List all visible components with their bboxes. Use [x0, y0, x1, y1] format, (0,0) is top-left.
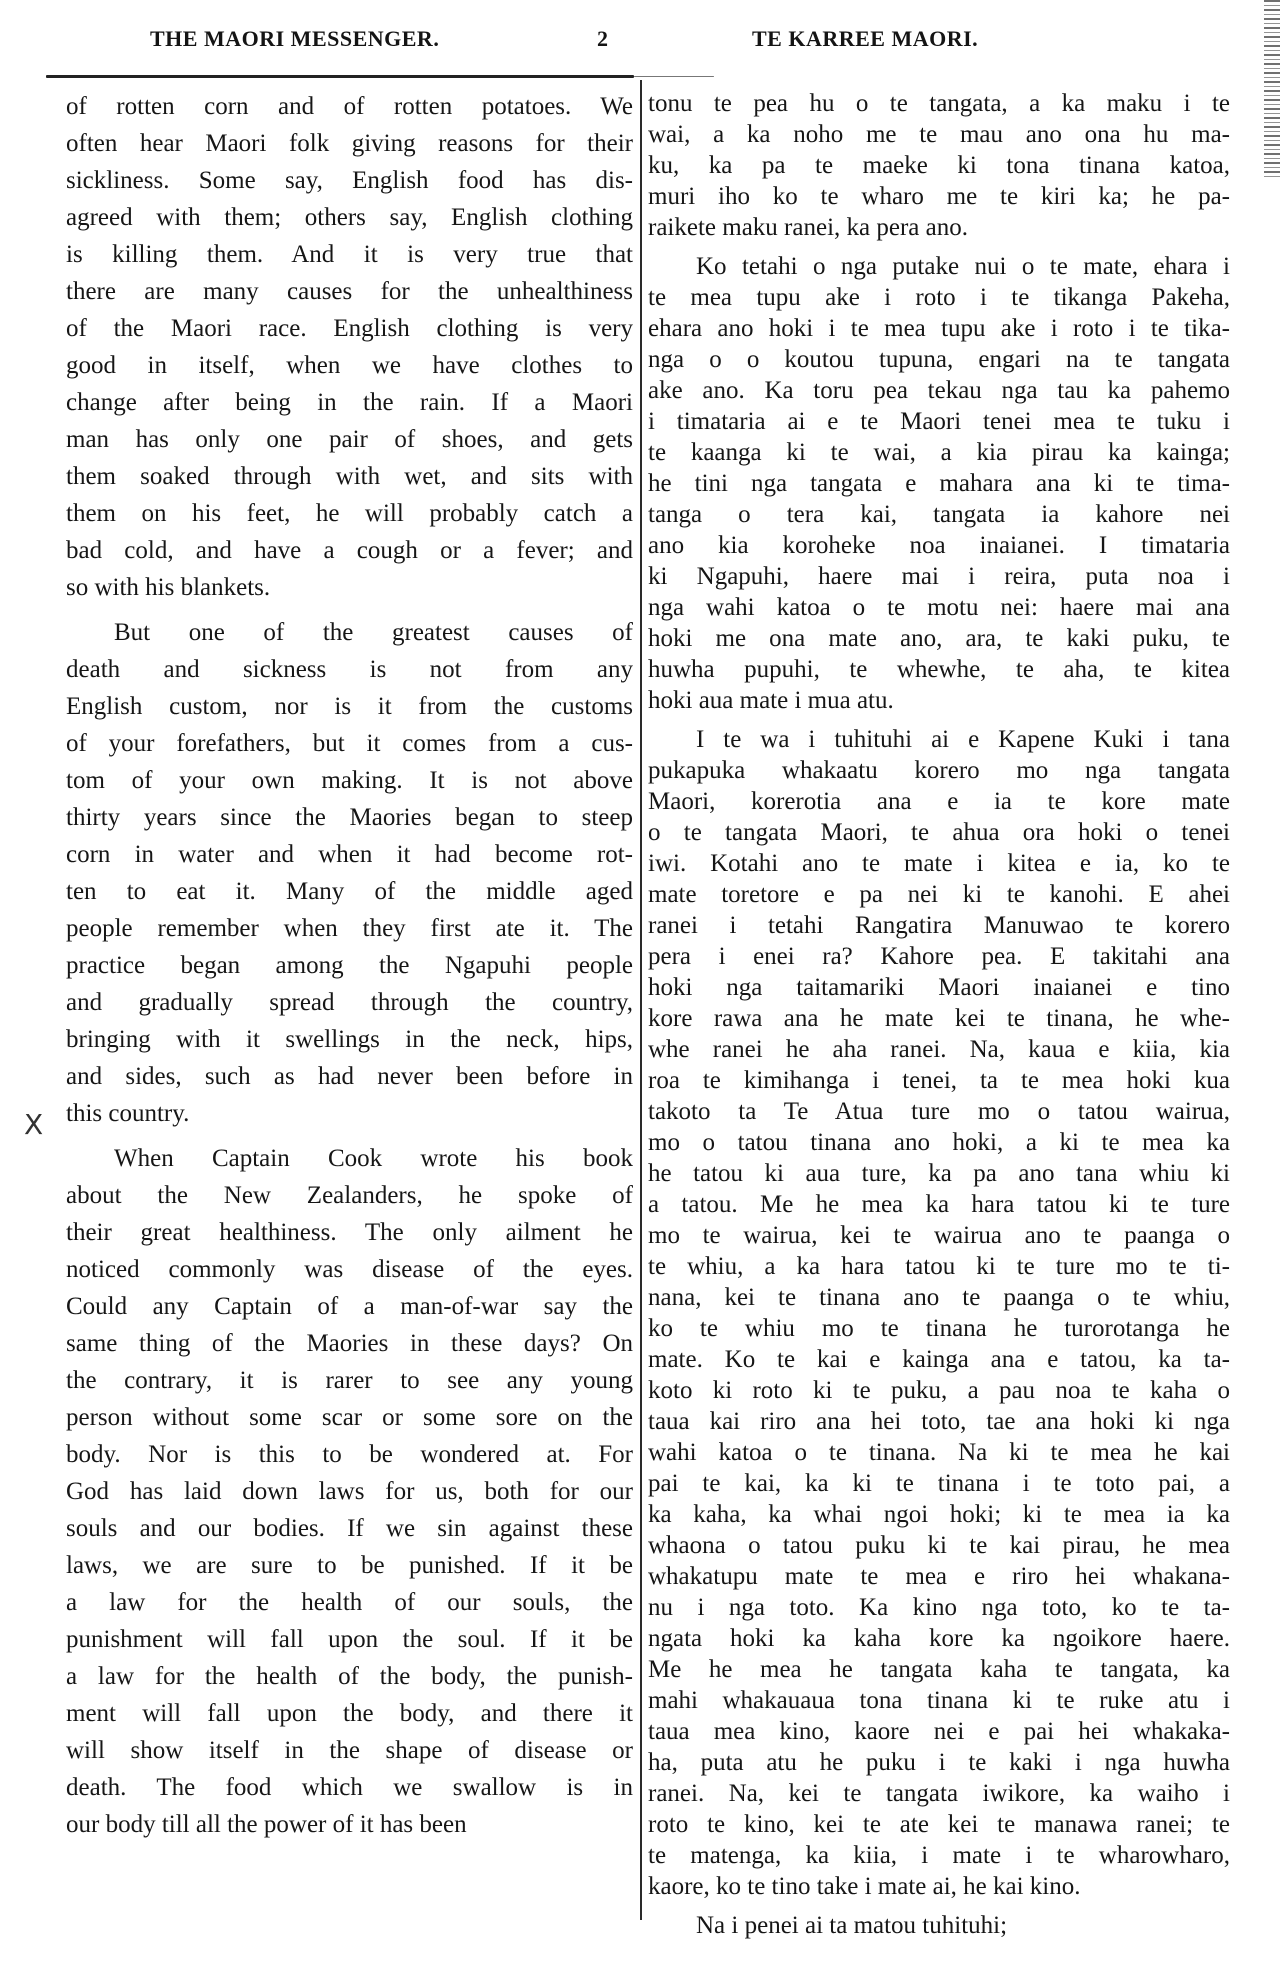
text-line: the contrary, it is rarer to see any you… — [66, 1362, 633, 1399]
text-line: he tatou ki aua ture, ka pa ano tana whi… — [648, 1158, 1230, 1189]
text-line: te mea tupu ake i roto i te tikanga Pake… — [648, 282, 1230, 313]
maori-column: tonu te pea hu o te tangata, a ka maku i… — [648, 88, 1230, 1941]
text-line: I te wa i tuhituhi ai e Kapene Kuki i ta… — [648, 724, 1230, 755]
text-line: and sides, such as had never been before… — [66, 1058, 633, 1095]
text-line: roto te kino, kei te ate kei te manawa r… — [648, 1809, 1230, 1840]
text-line: hoki me ona mate ano, ara, te kaki puku,… — [648, 623, 1230, 654]
text-line: same thing of the Maories in these days?… — [66, 1325, 633, 1362]
text-line: man has only one pair of shoes, and gets — [66, 421, 633, 458]
text-line: takoto ta Te Atua ture mo o tatou wairua… — [648, 1096, 1230, 1127]
text-line: ngata hoki ka kaha kore ka ngoikore haer… — [648, 1623, 1230, 1654]
text-line: bad cold, and have a cough or a fever; a… — [66, 532, 633, 569]
text-line: them soaked through with wet, and sits w… — [66, 458, 633, 495]
text-line: agreed with them; others say, English cl… — [66, 199, 633, 236]
text-line: When Captain Cook wrote his book — [66, 1140, 633, 1177]
text-line: kore rawa ana he mate kei te tinana, he … — [648, 1003, 1230, 1034]
text-line: Na i penei ai ta matou tuhituhi; — [648, 1910, 1230, 1941]
text-line: te whiu, a ka hara tatou ki te ture mo t… — [648, 1251, 1230, 1282]
text-line: nga wahi katoa o te motu nei: haere mai … — [648, 592, 1230, 623]
text-line: sickliness. Some say, English food has d… — [66, 162, 633, 199]
text-line: corn in water and when it had become rot… — [66, 836, 633, 873]
text-line: thirty years since the Maories began to … — [66, 799, 633, 836]
text-line: nu i nga toto. Ka kino nga toto, ko te t… — [648, 1592, 1230, 1623]
text-line: Could any Captain of a man-of-war say th… — [66, 1288, 633, 1325]
text-line: their great healthiness. The only ailmen… — [66, 1214, 633, 1251]
text-line: will show itself in the shape of disease… — [66, 1732, 633, 1769]
masthead: THE MAORI MESSENGER. 2 TE KARREE MAORI. — [0, 18, 1280, 58]
column-divider — [640, 80, 642, 1920]
text-line: mo o tatou tinana ano hoki, a ki te mea … — [648, 1127, 1230, 1158]
text-line: our body till all the power of it has be… — [66, 1806, 633, 1843]
text-line: Ko tetahi o nga putake nui o te mate, eh… — [648, 251, 1230, 282]
text-line: ano kia koroheke noa inaianei. I timatar… — [648, 530, 1230, 561]
text-line: them on his feet, he will probably catch… — [66, 495, 633, 532]
text-line: body. Nor is this to be wondered at. For — [66, 1436, 633, 1473]
text-line: i timataria ai e te Maori tenei mea te t… — [648, 406, 1230, 437]
english-title: THE MAORI MESSENGER. — [150, 26, 439, 52]
header-rule-tail — [634, 76, 714, 77]
text-line: whakatupu mate te mea e riro hei whakana… — [648, 1561, 1230, 1592]
text-line: taua kai riro ana hei toto, tae ana hoki… — [648, 1406, 1230, 1437]
english-column: of rotten corn and of rotten potatoes. W… — [66, 88, 633, 1843]
text-line: te matenga, ka kiia, i mate i te wharowh… — [648, 1840, 1230, 1871]
text-line: wahi katoa o te tinana. Na ki te mea he … — [648, 1437, 1230, 1468]
text-line: person without some scar or some sore on… — [66, 1399, 633, 1436]
text-line: ake ano. Ka toru pea tekau nga tau ka pa… — [648, 375, 1230, 406]
text-line: change after being in the rain. If a Mao… — [66, 384, 633, 421]
text-line: muri iho ko te wharo me te kiri ka; he p… — [648, 181, 1230, 212]
text-line: ku, ka pa te maeke ki tona tinana katoa, — [648, 150, 1230, 181]
text-line: often hear Maori folk giving reasons for… — [66, 125, 633, 162]
text-line: good in itself, when we have clothes to — [66, 347, 633, 384]
text-line: God has laid down laws for us, both for … — [66, 1473, 633, 1510]
text-line: noticed commonly was disease of the eyes… — [66, 1251, 633, 1288]
text-line: ranei. Na, kei te tangata iwikore, ka wa… — [648, 1778, 1230, 1809]
text-line: a law for the health of the body, the pu… — [66, 1658, 633, 1695]
text-line: roa te kimihanga i tenei, ta te mea hoki… — [648, 1065, 1230, 1096]
text-line: ha, puta atu he puku i te kaki i nga huw… — [648, 1747, 1230, 1778]
text-line: ten to eat it. Many of the middle aged — [66, 873, 633, 910]
text-line: English custom, nor is it from the custo… — [66, 688, 633, 725]
text-line: there are many causes for the unhealthin… — [66, 273, 633, 310]
text-line: laws, we are sure to be punished. If it … — [66, 1547, 633, 1584]
text-line: is killing them. And it is very true tha… — [66, 236, 633, 273]
text-line: huwha pupuhi, te whewhe, te aha, te kite… — [648, 654, 1230, 685]
scan-edge-artifact — [1264, 0, 1280, 180]
maori-title: TE KARREE MAORI. — [752, 26, 978, 52]
text-line: so with his blankets. — [66, 569, 633, 606]
text-line: a law for the health of our souls, the — [66, 1584, 633, 1621]
text-line: o te tangata Maori, te ahua ora hoki o t… — [648, 817, 1230, 848]
text-line: whe ranei he aha ranei. Na, kaua e kiia,… — [648, 1034, 1230, 1065]
text-line: hoki aua mate i mua atu. — [648, 685, 1230, 716]
text-line: of the Maori race. English clothing is v… — [66, 310, 633, 347]
text-line: practice began among the Ngapuhi people — [66, 947, 633, 984]
text-line: of rotten corn and of rotten potatoes. W… — [66, 88, 633, 125]
text-line: mate. Ko te kai e kainga ana e tatou, ka… — [648, 1344, 1230, 1375]
text-line: ki Ngapuhi, haere mai i reira, puta noa … — [648, 561, 1230, 592]
text-line: about the New Zealanders, he spoke of — [66, 1177, 633, 1214]
text-line: mo te wairua, kei te wairua ano te paang… — [648, 1220, 1230, 1251]
text-line: koto ki roto ki te puku, a pau noa te ka… — [648, 1375, 1230, 1406]
text-line: mate toretore e pa nei ki te kanohi. E a… — [648, 879, 1230, 910]
text-line: But one of the greatest causes of — [66, 614, 633, 651]
text-line: pukapuka whakaatu korero mo nga tangata — [648, 755, 1230, 786]
text-line: tom of your own making. It is not above — [66, 762, 633, 799]
text-line: bringing with it swellings in the neck, … — [66, 1021, 633, 1058]
text-line: Me he mea he tangata kaha te tangata, ka — [648, 1654, 1230, 1685]
text-line: he tini nga tangata e mahara ana ki te t… — [648, 468, 1230, 499]
text-line: people remember when they first ate it. … — [66, 910, 633, 947]
text-line: nana, kei te tinana ano te paanga o te w… — [648, 1282, 1230, 1313]
text-line: ka kaha, ka whai ngoi hoki; ki te mea ia… — [648, 1499, 1230, 1530]
text-line: ehara ano hoki i te mea tupu ake i roto … — [648, 313, 1230, 344]
text-line: mahi whakauaua tona tinana ki te ruke at… — [648, 1685, 1230, 1716]
text-line: iwi. Kotahi ano te mate i kitea e ia, ko… — [648, 848, 1230, 879]
text-line: death and sickness is not from any — [66, 651, 633, 688]
text-line: souls and our bodies. If we sin against … — [66, 1510, 633, 1547]
text-line: punishment will fall upon the soul. If i… — [66, 1621, 633, 1658]
text-line: and gradually spread through the country… — [66, 984, 633, 1021]
text-line: tanga o tera kai, tangata ia kahore nei — [648, 499, 1230, 530]
text-line: tonu te pea hu o te tangata, a ka maku i… — [648, 88, 1230, 119]
text-line: ment will fall upon the body, and there … — [66, 1695, 633, 1732]
text-line: death. The food which we swallow is in — [66, 1769, 633, 1806]
margin-x-mark-icon: X — [24, 1108, 43, 1141]
text-line: te kaanga ki te wai, a kia pirau ka kain… — [648, 437, 1230, 468]
text-line: a tatou. Me he mea ka hara tatou ki te t… — [648, 1189, 1230, 1220]
text-line: whaona o tatou puku ki te kai pirau, he … — [648, 1530, 1230, 1561]
text-line: hoki nga taitamariki Maori inaianei e ti… — [648, 972, 1230, 1003]
text-line: ko te whiu mo te tinana he turorotanga h… — [648, 1313, 1230, 1344]
header-rule — [46, 75, 634, 78]
text-line: of your forefathers, but it comes from a… — [66, 725, 633, 762]
text-line: Maori, korerotia ana e ia te kore mate — [648, 786, 1230, 817]
text-line: wai, a ka noho me te mau ano ona hu ma- — [648, 119, 1230, 150]
text-line: taua mea kino, kaore nei e pai hei whaka… — [648, 1716, 1230, 1747]
text-line: kaore, ko te tino take i mate ai, he kai… — [648, 1871, 1230, 1902]
page-number: 2 — [597, 26, 609, 52]
text-line: ranei i tetahi Rangatira Manuwao te kore… — [648, 910, 1230, 941]
text-line: pai te kai, ka ki te tinana i te toto pa… — [648, 1468, 1230, 1499]
text-line: pera i enei ra? Kahore pea. E takitahi a… — [648, 941, 1230, 972]
text-line: nga o o koutou tupuna, engari na te tang… — [648, 344, 1230, 375]
text-line: this country. — [66, 1095, 633, 1132]
text-line: raikete maku ranei, ka pera ano. — [648, 212, 1230, 243]
